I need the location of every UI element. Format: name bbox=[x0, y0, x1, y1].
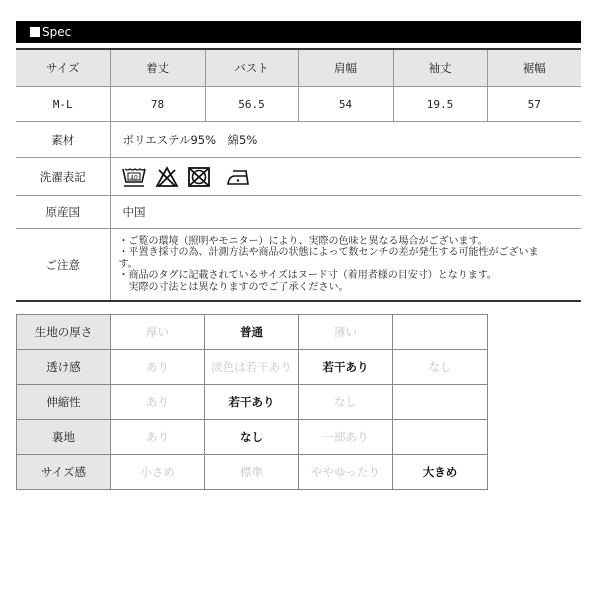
material-value: ポリエステル95% 綿5% bbox=[110, 122, 581, 158]
attribute-row-thickness: 生地の厚さ 厚い 普通 薄い bbox=[17, 315, 488, 350]
attribute-row-sheerness: 透け感 あり 淡色は若干あり 若干あり なし bbox=[17, 350, 488, 385]
bust-value: 56.5 bbox=[205, 87, 298, 122]
attribute-row-lining: 裏地 あり なし 一部あり bbox=[17, 420, 488, 455]
attribute-label: 生地の厚さ bbox=[17, 315, 111, 350]
attribute-option: 淡色は若干あり bbox=[205, 350, 299, 385]
notes-row: ご注意 ・ご覧の環境（照明やモニター）により、実際の色味と異なる場合がございます… bbox=[16, 229, 581, 302]
hem-value: 57 bbox=[487, 87, 581, 122]
note-line: 実際の寸法とは異なりますのでご了承ください。 bbox=[119, 282, 578, 294]
attribute-option: 小さめ bbox=[111, 455, 205, 490]
fabric-attribute-table: 生地の厚さ 厚い 普通 薄い 透け感 あり 淡色は若干あり 若干あり なし 伸縮… bbox=[16, 314, 488, 490]
no-bleach-icon bbox=[155, 166, 179, 188]
shoulder-value: 54 bbox=[298, 87, 393, 122]
attribute-option: あり bbox=[111, 350, 205, 385]
care-row: 洗濯表記 40 bbox=[16, 158, 581, 196]
low-iron-icon bbox=[225, 167, 251, 187]
attribute-option: なし bbox=[393, 350, 488, 385]
notes-cell: ・ご覧の環境（照明やモニター）により、実際の色味と異なる場合がございます。 ・平… bbox=[110, 229, 581, 302]
attribute-label: 裏地 bbox=[17, 420, 111, 455]
attribute-option-selected: 普通 bbox=[205, 315, 299, 350]
attribute-option: 厚い bbox=[111, 315, 205, 350]
attribute-option: 薄い bbox=[299, 315, 393, 350]
note-line: す。 bbox=[119, 259, 578, 271]
column-header: サイズ bbox=[16, 49, 110, 87]
attribute-option: 一部あり bbox=[299, 420, 393, 455]
note-line: ・平置き採寸の為、計測方法や商品の状態によって数センチの差が発生する可能性がござ… bbox=[119, 247, 578, 259]
attribute-option: 標準 bbox=[205, 455, 299, 490]
length-value: 78 bbox=[110, 87, 205, 122]
attribute-option-selected: 若干あり bbox=[205, 385, 299, 420]
attribute-option: なし bbox=[299, 385, 393, 420]
attribute-label: 透け感 bbox=[17, 350, 111, 385]
square-bullet-icon bbox=[30, 27, 40, 37]
size-values-row: M-L 78 56.5 54 19.5 57 bbox=[16, 87, 581, 122]
attribute-option: あり bbox=[111, 385, 205, 420]
attribute-option: ややゆったり bbox=[299, 455, 393, 490]
note-line: ・商品のタグに記載されているサイズはヌード寸（着用者様の目安寸）となります。 bbox=[119, 270, 578, 282]
attribute-option-selected: 大きめ bbox=[393, 455, 488, 490]
note-line: ・ご覧の環境（照明やモニター）により、実際の色味と異なる場合がございます。 bbox=[119, 236, 578, 248]
material-label: 素材 bbox=[16, 122, 110, 158]
size-value: M-L bbox=[16, 87, 110, 122]
attribute-label: サイズ感 bbox=[17, 455, 111, 490]
material-row: 素材 ポリエステル95% 綿5% bbox=[16, 122, 581, 158]
spec-section-header: Spec bbox=[16, 21, 581, 43]
origin-row: 原産国 中国 bbox=[16, 196, 581, 229]
spec-header-label: Spec bbox=[42, 25, 71, 39]
column-header: 袖丈 bbox=[393, 49, 487, 87]
origin-label: 原産国 bbox=[16, 196, 110, 229]
spec-table: サイズ 着丈 バスト 肩幅 袖丈 裾幅 M-L 78 56.5 54 19.5 … bbox=[16, 48, 581, 302]
column-header: 裾幅 bbox=[487, 49, 581, 87]
no-tumble-dry-icon bbox=[187, 166, 211, 188]
sleeve-value: 19.5 bbox=[393, 87, 487, 122]
wash-40-icon: 40 bbox=[121, 165, 147, 189]
attribute-option bbox=[393, 420, 488, 455]
care-icons-cell: 40 bbox=[110, 158, 581, 196]
care-label: 洗濯表記 bbox=[16, 158, 110, 196]
notes-label: ご注意 bbox=[16, 229, 110, 302]
attribute-option-selected: 若干あり bbox=[299, 350, 393, 385]
column-header: バスト bbox=[205, 49, 298, 87]
column-header: 肩幅 bbox=[298, 49, 393, 87]
attribute-row-stretch: 伸縮性 あり 若干あり なし bbox=[17, 385, 488, 420]
attribute-option bbox=[393, 315, 488, 350]
attribute-label: 伸縮性 bbox=[17, 385, 111, 420]
attribute-option: あり bbox=[111, 420, 205, 455]
column-header: 着丈 bbox=[110, 49, 205, 87]
attribute-option bbox=[393, 385, 488, 420]
size-header-row: サイズ 着丈 バスト 肩幅 袖丈 裾幅 bbox=[16, 49, 581, 87]
origin-value: 中国 bbox=[110, 196, 581, 229]
svg-text:40: 40 bbox=[130, 174, 138, 181]
attribute-option-selected: なし bbox=[205, 420, 299, 455]
attribute-row-fit: サイズ感 小さめ 標準 ややゆったり 大きめ bbox=[17, 455, 488, 490]
